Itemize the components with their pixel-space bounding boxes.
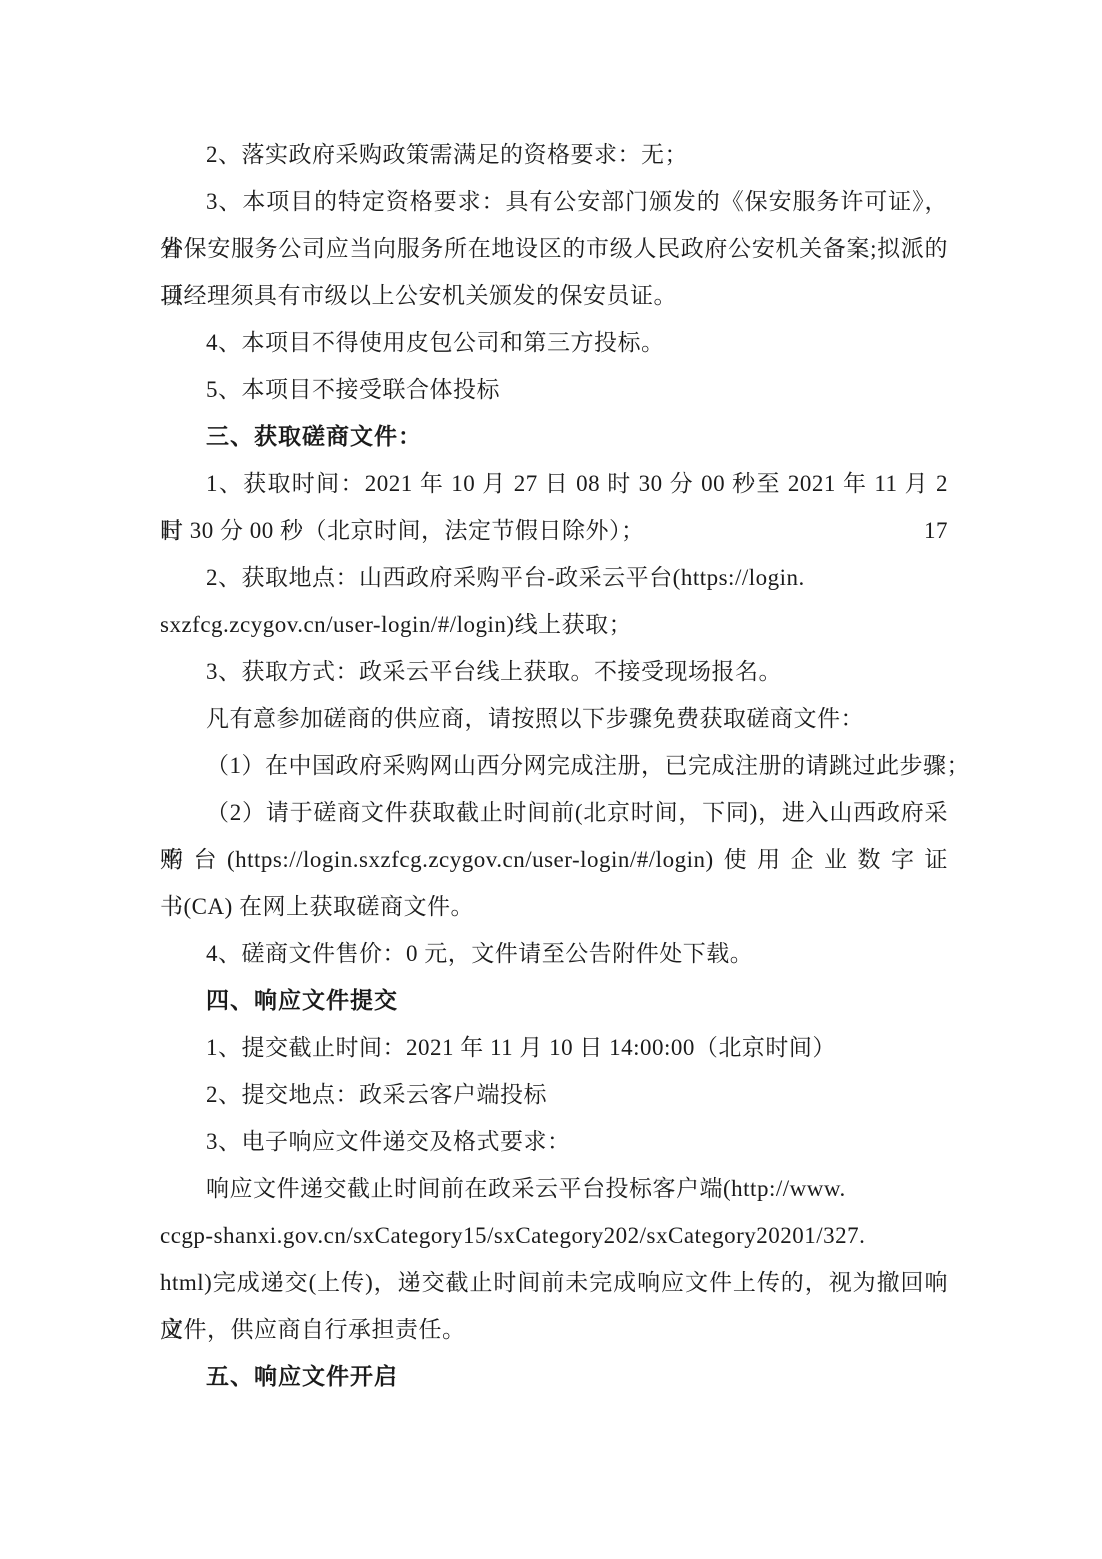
section-heading: 五、响应文件开启 [160, 1353, 948, 1400]
text-line: 目经理须具有市级以上公安机关颁发的保安员证。 [160, 272, 948, 319]
text-line: 2、提交地点：政采云客户端投标 [160, 1071, 948, 1118]
text-line: （1）在中国政府采购网山西分网完成注册，已完成注册的请跳过此步骤； [160, 742, 948, 789]
text-line: 5、本项目不接受联合体投标 [160, 366, 948, 413]
text-line: （2）请于磋商文件获取截止时间前(北京时间，下同)，进入山西政府采购 [160, 789, 948, 836]
text-line: 凡有意参加磋商的供应商，请按照以下步骤免费获取磋商文件： [160, 695, 948, 742]
text-line: 3、获取方式：政采云平台线上获取。不接受现场报名。 [160, 648, 948, 695]
text-line: 文件，供应商自行承担责任。 [160, 1306, 948, 1353]
text-line: 书(CA) 在网上获取磋商文件。 [160, 883, 948, 930]
document-page: 2、落实政府采购政策需满足的资格要求：无；3、本项目的特定资格要求：具有公安部门… [0, 0, 1102, 1559]
text-line: 4、磋商文件售价：0 元，文件请至公告附件处下载。 [160, 930, 948, 977]
text-line: 3、电子响应文件递交及格式要求： [160, 1118, 948, 1165]
text-line: 4、本项目不得使用皮包公司和第三方投标。 [160, 319, 948, 366]
document-body: 2、落实政府采购政策需满足的资格要求：无；3、本项目的特定资格要求：具有公安部门… [160, 131, 948, 1400]
text-line: 2、落实政府采购政策需满足的资格要求：无； [160, 131, 948, 178]
text-line: 2、获取地点：山西政府采购平台-政采云平台(https://login. [160, 554, 948, 601]
text-line: ccgp-shanxi.gov.cn/sxCategory15/sxCatego… [160, 1212, 948, 1259]
section-heading: 四、响应文件提交 [160, 977, 948, 1024]
text-line: sxzfcg.zcygov.cn/user-login/#/login)线上获取… [160, 601, 948, 648]
text-line: html)完成递交(上传)，递交截止时间前未完成响应文件上传的，视为撤回响应 [160, 1259, 948, 1306]
text-line: 3、本项目的特定资格要求：具有公安部门颁发的《保安服务许可证》，省 [160, 178, 948, 225]
text-line: 响应文件递交截止时间前在政采云平台投标客户端(http://www. [160, 1165, 948, 1212]
section-heading: 三、获取磋商文件： [160, 413, 948, 460]
text-line: 1、获取时间：2021 年 10 月 27 日 08 时 30 分 00 秒至 … [160, 460, 948, 507]
text-line: 平台(https://login.sxzfcg.zcygov.cn/user-l… [160, 836, 948, 883]
text-line: 1、提交截止时间：2021 年 11 月 10 日 14:00:00（北京时间） [160, 1024, 948, 1071]
text-line: 外保安服务公司应当向服务所在地设区的市级人民政府公安机关备案;拟派的项 [160, 225, 948, 272]
